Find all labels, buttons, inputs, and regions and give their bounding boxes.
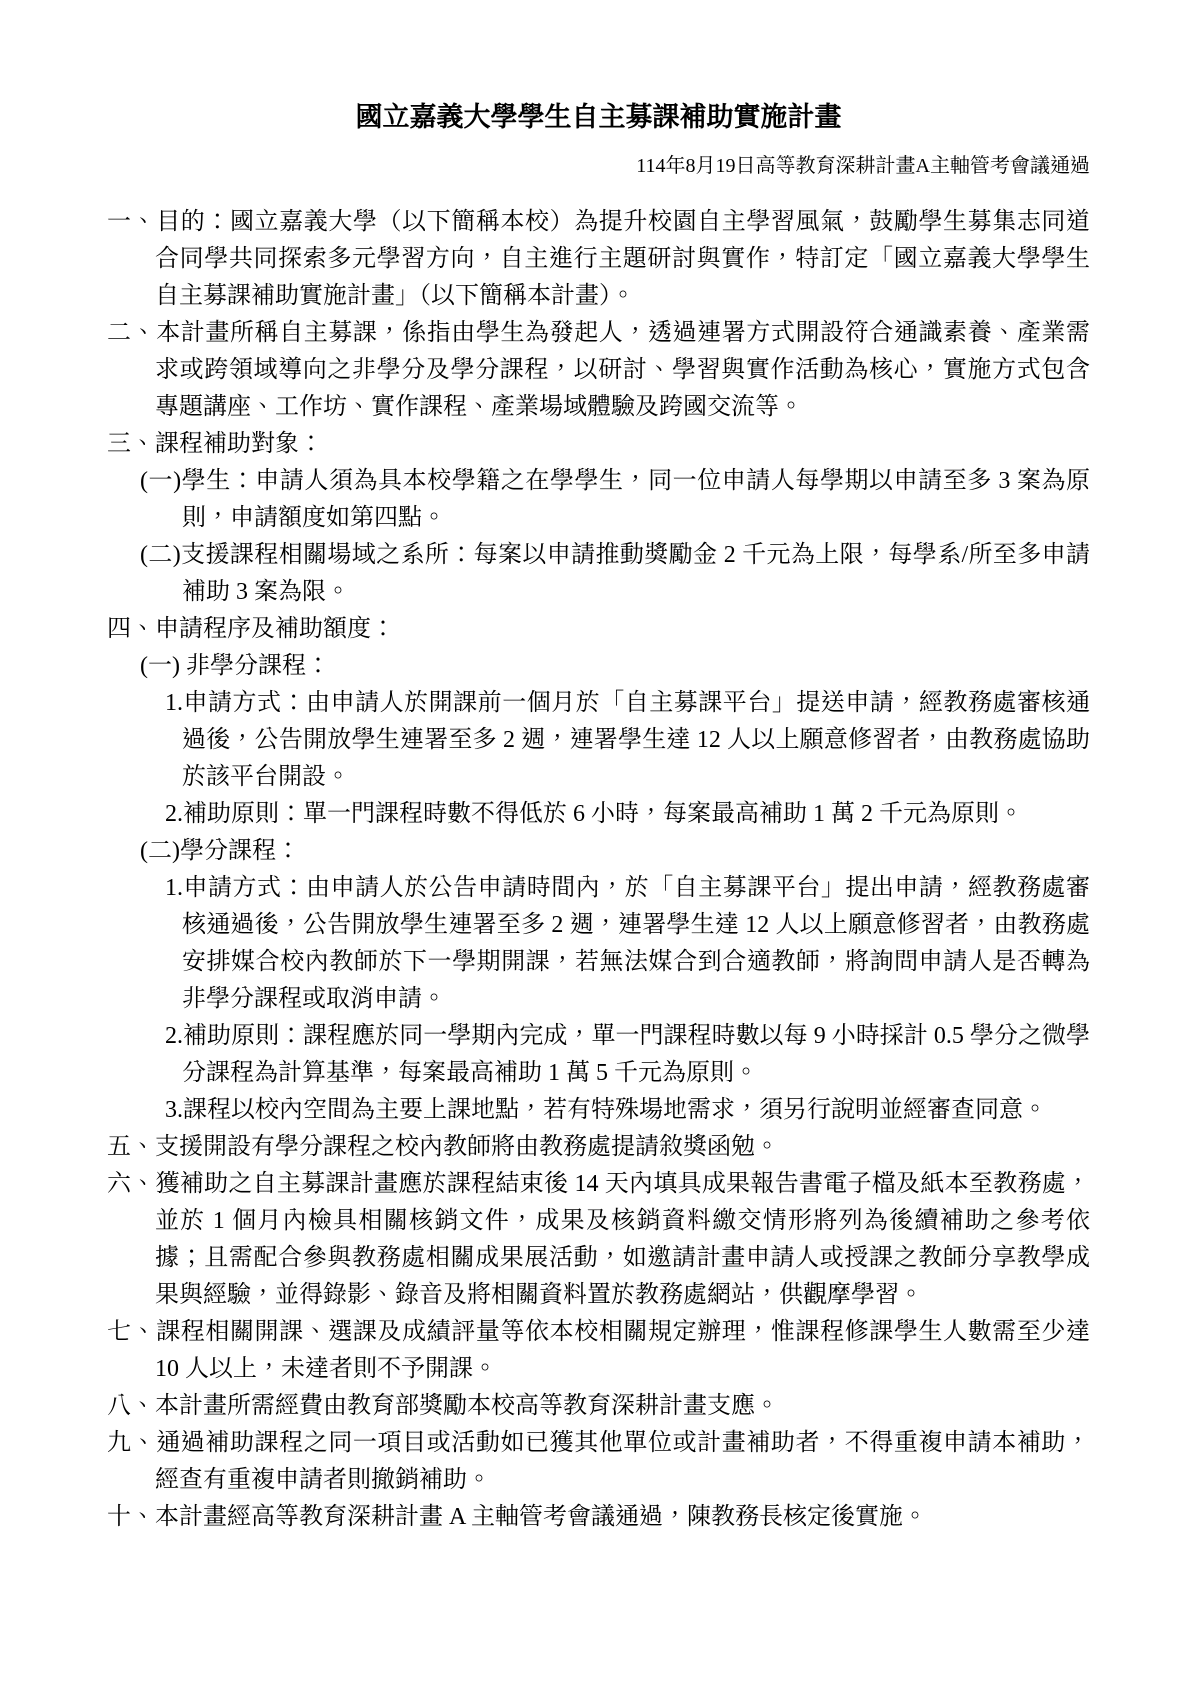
outline-item-level1: 八、本計畫所需經費由教育部獎勵本校高等教育深耕計畫支應。 bbox=[107, 1388, 1090, 1425]
item-marker: (一) bbox=[140, 468, 181, 494]
item-text: 支援開設有學分課程之校內教師將由教務處提請敘獎函勉。 bbox=[155, 1134, 779, 1160]
item-marker: 七、 bbox=[107, 1319, 156, 1345]
outline-item-level1: 六、獲補助之自主募課計畫應於課程結束後 14 天內填具成果報告書電子檔及紙本至教… bbox=[107, 1166, 1090, 1314]
outline-item-level1: 五、支援開設有學分課程之校內教師將由教務處提請敘獎函勉。 bbox=[107, 1129, 1090, 1166]
outline-item-level3: 1.申請方式：由申請人於公告申請時間內，於「自主募課平台」提出申請，經教務處審核… bbox=[165, 870, 1090, 1018]
document-body: 一、目的：國立嘉義大學（以下簡稱本校）為提升校園自主學習風氣，鼓勵學生募集志同道… bbox=[107, 204, 1090, 1536]
document-title: 國立嘉義大學學生自主募課補助實施計畫 bbox=[107, 100, 1090, 134]
item-marker: 三、 bbox=[107, 431, 155, 457]
item-marker: (二) bbox=[140, 838, 180, 864]
approval-note: 114年8月19日高等教育深耕計畫A主軸管考會議通過 bbox=[107, 152, 1090, 180]
item-text: 支援課程相關場域之系所：每案以申請推動獎勵金 2 千元為上限，每學系/所至多申請… bbox=[181, 542, 1090, 605]
item-text: 課程相關開課、選課及成績評量等依本校相關規定辦理，惟課程修課學生人數需至少達 1… bbox=[155, 1319, 1090, 1382]
item-marker: 五、 bbox=[107, 1134, 155, 1160]
item-marker: 2. bbox=[165, 801, 183, 827]
item-marker: 1. bbox=[165, 875, 183, 901]
item-marker: 一、 bbox=[107, 209, 156, 235]
document-page: 國立嘉義大學學生自主募課補助實施計畫 114年8月19日高等教育深耕計畫A主軸管… bbox=[0, 0, 1200, 1697]
outline-item-level1: 九、通過補助課程之同一項目或活動如已獲其他單位或計畫補助者，不得重複申請本補助，… bbox=[107, 1425, 1090, 1499]
outline-item-level1: 十、本計畫經高等教育深耕計畫 A 主軸管考會議通過，陳教務長核定後實施。 bbox=[107, 1499, 1090, 1536]
outline-item-level3: 3.課程以校內空間為主要上課地點，若有特殊場地需求，須另行說明並經審查同意。 bbox=[165, 1092, 1090, 1129]
item-text: 通過補助課程之同一項目或活動如已獲其他單位或計畫補助者，不得重複申請本補助，經查… bbox=[155, 1430, 1090, 1493]
item-text: 獲補助之自主募課計畫應於課程結束後 14 天內填具成果報告書電子檔及紙本至教務處… bbox=[155, 1171, 1090, 1308]
outline-item-level3: 2.補助原則：課程應於同一學期內完成，單一門課程時數以每 9 小時採計 0.5 … bbox=[165, 1018, 1090, 1092]
item-text: 課程以校內空間為主要上課地點，若有特殊場地需求，須另行說明並經審查同意。 bbox=[183, 1097, 1047, 1123]
outline-item-level2: (一) 非學分課程： bbox=[140, 648, 1090, 685]
item-text: 學分課程： bbox=[180, 838, 300, 864]
item-marker: 2. bbox=[165, 1023, 183, 1049]
outline-item-level1: 二、本計畫所稱自主募課，係指由學生為發起人，透過連署方式開設符合通識素養、產業需… bbox=[107, 315, 1090, 426]
item-marker: 1. bbox=[165, 690, 183, 716]
outline-item-level2: (一)學生：申請人須為具本校學籍之在學學生，同一位申請人每學期以申請至多 3 案… bbox=[140, 463, 1090, 537]
item-text: 目的：國立嘉義大學（以下簡稱本校）為提升校園自主學習風氣，鼓勵學生募集志同道合同… bbox=[155, 209, 1090, 309]
item-text: 本計畫經高等教育深耕計畫 A 主軸管考會議通過，陳教務長核定後實施。 bbox=[155, 1504, 927, 1530]
item-text: 申請方式：由申請人於公告申請時間內，於「自主募課平台」提出申請，經教務處審核通過… bbox=[182, 875, 1090, 1012]
item-marker: 八、 bbox=[107, 1393, 155, 1419]
item-text: 補助原則：單一門課程時數不得低於 6 小時，每案最高補助 1 萬 2 千元為原則… bbox=[183, 801, 1023, 827]
outline-item-level1: 三、課程補助對象： bbox=[107, 426, 1090, 463]
outline-item-level1: 一、目的：國立嘉義大學（以下簡稱本校）為提升校園自主學習風氣，鼓勵學生募集志同道… bbox=[107, 204, 1090, 315]
item-text: 本計畫所稱自主募課，係指由學生為發起人，透過連署方式開設符合通識素養、產業需求或… bbox=[155, 320, 1090, 420]
item-text: 非學分課程： bbox=[180, 653, 330, 679]
item-text: 課程補助對象： bbox=[155, 431, 323, 457]
outline-item-level1: 七、課程相關開課、選課及成績評量等依本校相關規定辦理，惟課程修課學生人數需至少達… bbox=[107, 1314, 1090, 1388]
outline-item-level2: (二)學分課程： bbox=[140, 833, 1090, 870]
outline-item-level3: 2.補助原則：單一門課程時數不得低於 6 小時，每案最高補助 1 萬 2 千元為… bbox=[165, 796, 1090, 833]
item-marker: 九、 bbox=[107, 1430, 156, 1456]
item-marker: 十、 bbox=[107, 1504, 155, 1530]
item-text: 補助原則：課程應於同一學期內完成，單一門課程時數以每 9 小時採計 0.5 學分… bbox=[182, 1023, 1090, 1086]
item-marker: (二) bbox=[140, 542, 181, 568]
item-marker: 六、 bbox=[107, 1171, 156, 1197]
outline-item-level3: 1.申請方式：由申請人於開課前一個月於「自主募課平台」提送申請，經教務處審核通過… bbox=[165, 685, 1090, 796]
item-marker: 二、 bbox=[107, 320, 156, 346]
item-text: 本計畫所需經費由教育部獎勵本校高等教育深耕計畫支應。 bbox=[155, 1393, 779, 1419]
item-marker: (一) bbox=[140, 653, 180, 679]
outline-item-level1: 四、申請程序及補助額度： bbox=[107, 611, 1090, 648]
item-marker: 3. bbox=[165, 1097, 183, 1123]
item-marker: 四、 bbox=[107, 616, 155, 642]
outline-item-level2: (二)支援課程相關場域之系所：每案以申請推動獎勵金 2 千元為上限，每學系/所至… bbox=[140, 537, 1090, 611]
item-text: 申請方式：由申請人於開課前一個月於「自主募課平台」提送申請，經教務處審核通過後，… bbox=[182, 690, 1090, 790]
item-text: 學生：申請人須為具本校學籍之在學學生，同一位申請人每學期以申請至多 3 案為原則… bbox=[181, 468, 1090, 531]
item-text: 申請程序及補助額度： bbox=[155, 616, 395, 642]
